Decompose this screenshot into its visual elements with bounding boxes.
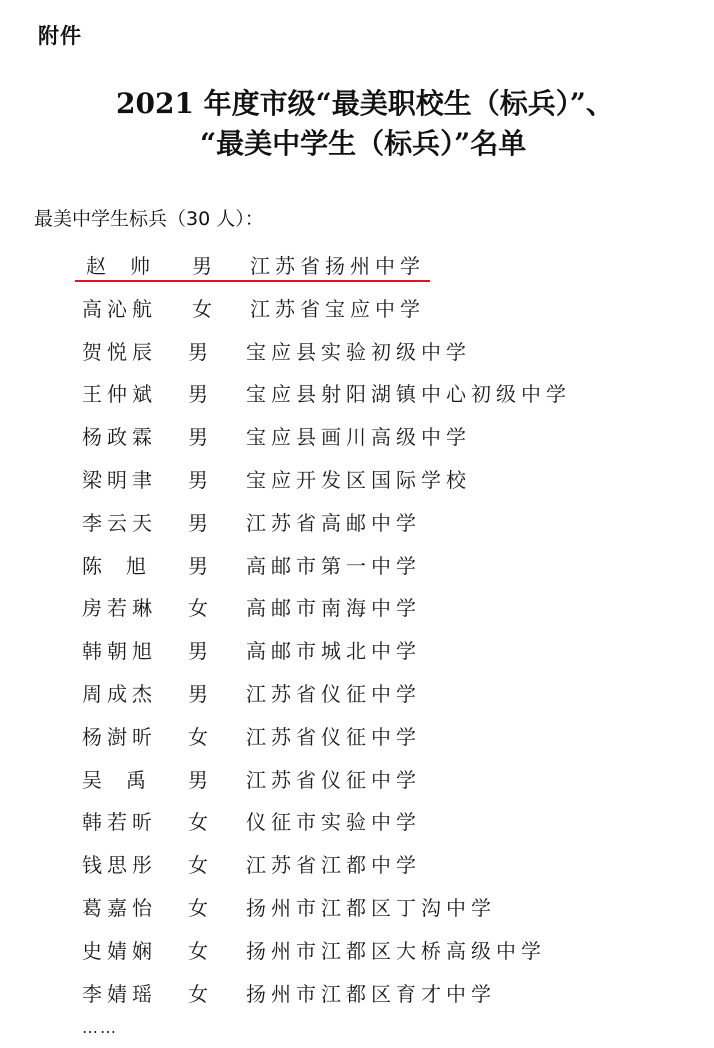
student-name: 陈旭 xyxy=(82,550,172,579)
student-name: 杨澍昕 xyxy=(82,721,172,750)
student-name: 韩若昕 xyxy=(82,806,172,835)
student-school: 江苏省江都中学 xyxy=(246,849,421,878)
student-school: 扬州市江都区育才中学 xyxy=(246,978,496,1007)
attachment-label: 附件 xyxy=(38,20,82,50)
title-line-2: “最美中学生（标兵）”名单 xyxy=(0,124,714,164)
student-name: 钱思彤 xyxy=(82,849,172,878)
list-item: 杨政霖 男 宝应县画川高级中学 xyxy=(0,417,714,460)
student-list: 赵帅 男 江苏省扬州中学 高沁航 女 江苏省宝应中学 贺悦辰 男 宝应县实验初级… xyxy=(0,246,714,1016)
student-gender: 男 xyxy=(188,336,213,365)
student-gender: 男 xyxy=(188,507,213,536)
student-name: 吴禹 xyxy=(82,764,172,793)
list-item: 梁明聿 男 宝应开发区国际学校 xyxy=(0,460,714,503)
list-item: 葛嘉怡 女 扬州市江都区丁沟中学 xyxy=(0,888,714,931)
student-gender: 男 xyxy=(188,378,213,407)
student-name: 葛嘉怡 xyxy=(82,892,172,921)
student-name: 王仲斌 xyxy=(82,378,172,407)
section-heading: 最美中学生标兵（30 人）： xyxy=(34,204,264,231)
student-school: 高邮市南海中学 xyxy=(246,592,421,621)
list-item: 王仲斌 男 宝应县射阳湖镇中心初级中学 xyxy=(0,374,714,417)
list-item: 韩若昕 女 仪征市实验中学 xyxy=(0,802,714,845)
student-gender: 男 xyxy=(188,764,213,793)
list-item: 赵帅 男 江苏省扬州中学 xyxy=(0,246,714,289)
student-name: 韩朝旭 xyxy=(82,635,172,664)
student-gender: 男 xyxy=(188,550,213,579)
student-school: 宝应县实验初级中学 xyxy=(246,336,471,365)
list-item: 史婧娴 女 扬州市江都区大桥高级中学 xyxy=(0,931,714,974)
student-name: 赵帅 xyxy=(86,250,176,279)
student-gender: 男 xyxy=(188,421,213,450)
list-item: 贺悦辰 男 宝应县实验初级中学 xyxy=(0,332,714,375)
student-name: 李云天 xyxy=(82,507,172,536)
student-school: 江苏省宝应中学 xyxy=(250,293,425,322)
student-name: 李婧瑶 xyxy=(82,978,172,1007)
student-gender: 男 xyxy=(188,464,213,493)
list-item: 李婧瑶 女 扬州市江都区育才中学 xyxy=(0,974,714,1017)
student-school: 江苏省高邮中学 xyxy=(246,507,421,536)
student-school: 扬州市江都区大桥高级中学 xyxy=(246,935,546,964)
student-gender: 女 xyxy=(188,849,213,878)
student-gender: 女 xyxy=(188,935,213,964)
student-name: 梁明聿 xyxy=(82,464,172,493)
student-gender: 女 xyxy=(188,892,213,921)
title-line-1: 2021 年度市级“最美职校生（标兵）”、 xyxy=(0,84,714,124)
student-school: 宝应县画川高级中学 xyxy=(246,421,471,450)
continuation-ellipsis: …… xyxy=(82,1018,118,1037)
list-item: 李云天 男 江苏省高邮中学 xyxy=(0,503,714,546)
list-item: 钱思彤 女 江苏省江都中学 xyxy=(0,845,714,888)
student-school: 江苏省仪征中学 xyxy=(246,721,421,750)
student-school: 江苏省扬州中学 xyxy=(250,250,425,279)
student-gender: 男 xyxy=(192,250,217,279)
student-school: 江苏省仪征中学 xyxy=(246,678,421,707)
student-name: 房若琳 xyxy=(82,592,172,621)
student-school: 高邮市城北中学 xyxy=(246,635,421,664)
student-name: 史婧娴 xyxy=(82,935,172,964)
student-gender: 女 xyxy=(188,721,213,750)
student-gender: 女 xyxy=(192,293,217,322)
list-item: 杨澍昕 女 江苏省仪征中学 xyxy=(0,717,714,760)
student-name: 杨政霖 xyxy=(82,421,172,450)
student-school: 扬州市江都区丁沟中学 xyxy=(246,892,496,921)
list-item: 房若琳 女 高邮市南海中学 xyxy=(0,588,714,631)
student-gender: 男 xyxy=(188,678,213,707)
student-school: 江苏省仪征中学 xyxy=(246,764,421,793)
student-gender: 女 xyxy=(188,806,213,835)
student-school: 宝应开发区国际学校 xyxy=(246,464,471,493)
student-gender: 男 xyxy=(188,635,213,664)
student-name: 贺悦辰 xyxy=(82,336,172,365)
student-name: 高沁航 xyxy=(82,293,172,322)
student-gender: 女 xyxy=(188,592,213,621)
red-underline xyxy=(75,280,430,282)
student-school: 宝应县射阳湖镇中心初级中学 xyxy=(246,378,571,407)
list-item: 高沁航 女 江苏省宝应中学 xyxy=(0,289,714,332)
student-school: 仪征市实验中学 xyxy=(246,806,421,835)
student-gender: 女 xyxy=(188,978,213,1007)
list-item: 陈旭 男 高邮市第一中学 xyxy=(0,546,714,589)
list-item: 吴禹 男 江苏省仪征中学 xyxy=(0,760,714,803)
list-item: 周成杰 男 江苏省仪征中学 xyxy=(0,674,714,717)
document-title: 2021 年度市级“最美职校生（标兵）”、 “最美中学生（标兵）”名单 xyxy=(0,84,714,164)
list-item: 韩朝旭 男 高邮市城北中学 xyxy=(0,631,714,674)
student-name: 周成杰 xyxy=(82,678,172,707)
student-school: 高邮市第一中学 xyxy=(246,550,421,579)
